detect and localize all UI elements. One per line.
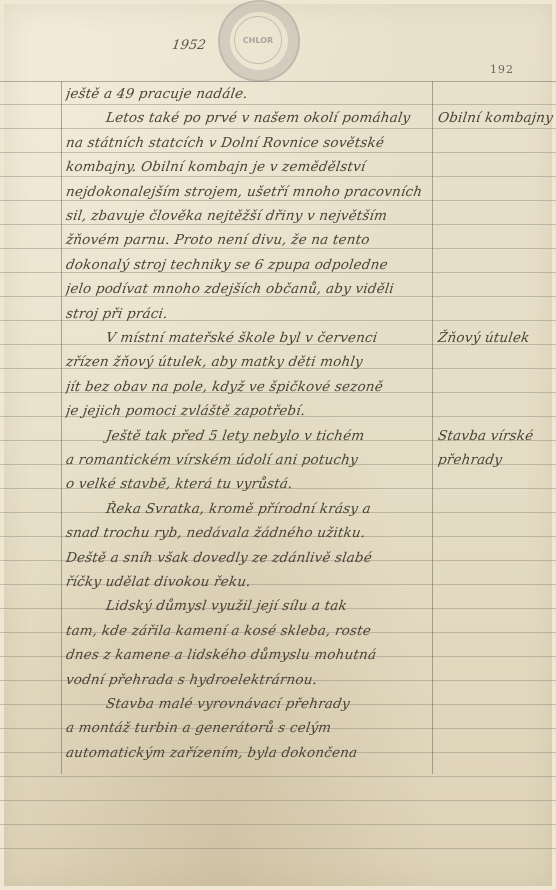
text-line: o velké stavbě, která tu vyrůstá.	[65, 476, 427, 492]
text-line: Deště a sníh však dovedly ze zdánlivě sl…	[65, 550, 427, 566]
page-number: 192	[490, 63, 514, 76]
text-line: V místní mateřské škole byl v červenci	[65, 330, 467, 346]
archive-stamp: CHLOR	[218, 0, 300, 82]
text-line: vodní přehrada s hydroelektrárnou.	[65, 672, 427, 688]
text-line: na státních statcích v Dolní Rovnice sov…	[65, 135, 427, 151]
text-line: automatickým zařízením, byla dokončena	[65, 745, 427, 761]
text-line: zřízen žňový útulek, aby matky děti mohl…	[65, 354, 427, 370]
text-line: žňovém parnu. Proto není divu, že na ten…	[65, 232, 427, 248]
margin-note: přehrady	[437, 452, 503, 468]
text-line: jelo podívat mnoho zdejších občanů, aby …	[65, 281, 427, 297]
text-line: a romantickém vírském údolí ani potuchy	[65, 452, 427, 468]
top-rule-line	[0, 81, 556, 82]
margin-note: Stavba vírské	[437, 428, 535, 444]
text-line: Řeka Svratka, kromě přírodní krásy a	[65, 501, 467, 517]
text-line: stroj při práci.	[65, 306, 427, 322]
year-heading: 1952	[171, 38, 207, 53]
text-line: tam, kde zářila kamení a kosé skleba, ro…	[65, 623, 427, 639]
left-margin-line	[61, 81, 62, 774]
text-line: nejdokonalejším strojem, ušetří mnoho pr…	[65, 184, 427, 200]
text-line: Letos také po prvé v našem okolí pomáhal…	[65, 110, 467, 126]
text-line: Ještě tak před 5 lety nebylo v tichém	[65, 428, 467, 444]
text-line: dokonalý stroj techniky se 6 zpupa odpol…	[65, 257, 427, 273]
text-line: dnes z kamene a lidského důmyslu mohutná	[65, 647, 427, 663]
document-page: 1952 CHLOR 192 ještě a 49 pracuje nadále…	[0, 0, 556, 890]
text-line: snad trochu ryb, nedávala žádného užitku…	[65, 525, 427, 541]
margin-note: Žňový útulek	[437, 330, 531, 346]
text-line: je jejich pomoci zvláště zapotřebí.	[65, 403, 427, 419]
text-line: Stavba malé vyrovnávací přehrady	[65, 696, 467, 712]
text-line: Lidský důmysl využil její sílu a tak	[65, 598, 467, 614]
text-line: jít bez obav na pole, když ve špičkové s…	[65, 379, 427, 395]
text-line: sil, zbavuje člověka nejtěžší dřiny v ne…	[65, 208, 427, 224]
text-line: a montáž turbin a generátorů s celým	[65, 720, 427, 736]
stamp-text: CHLOR	[234, 16, 282, 64]
margin-note: Obilní kombajny	[437, 110, 554, 126]
text-line: kombajny. Obilní kombajn je v zemědělstv…	[65, 159, 427, 175]
text-line: říčky udělat divokou řeku.	[65, 574, 427, 590]
text-line: ještě a 49 pracuje nadále.	[65, 86, 427, 102]
